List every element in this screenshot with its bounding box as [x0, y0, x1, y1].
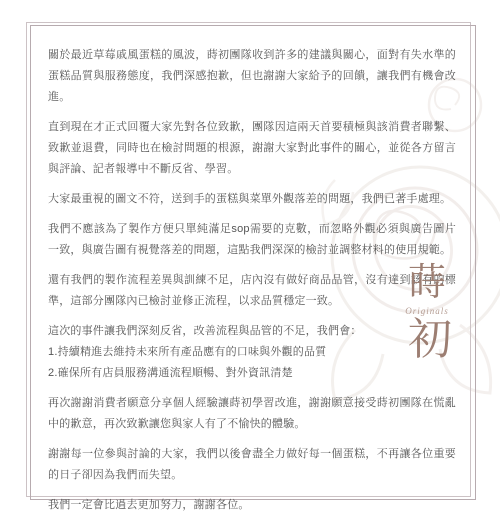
paragraph-closing: 我們一定會比過去更加努力，謝謝各位。 — [48, 495, 456, 516]
paragraph-sop-reflection: 我們不應該為了製作方便只單純滿足sop需要的克數，而忽略外觀必須與廣告圖片一致，… — [48, 219, 456, 261]
paragraph-thanks-consumer: 再次謝謝消費者願意分享個人經驗讓蒔初學習改進，謝謝願意接受蒔初團隊在慌亂中的歉意… — [48, 393, 456, 435]
brand-char-top: 蒔 — [383, 262, 471, 304]
paragraph-photo-mismatch: 大家最重視的圖文不符，送到手的蛋糕與菜單外觀落差的問題，我們已著手處理。 — [48, 189, 456, 210]
paragraph-opening-apology: 關於最近草莓戚風蛋糕的風波，蒔初團隊收到許多的建議與關心，面對有失水準的蛋糕品質… — [48, 45, 456, 108]
commitment-item-2: 2.確保所有店員服務溝通流程順暢、對外資訊清楚 — [48, 363, 456, 384]
apology-letter-card: 關於最近草莓戚風蛋糕的風波，蒔初團隊收到許多的建議與關心，面對有失水準的蛋糕品質… — [0, 0, 500, 523]
brand-seal: 蒔 Originals 初 — [383, 262, 471, 363]
paragraph-thanks-everyone: 謝謝每一位參與討論的大家，我們以後會盡全力做好每一個蛋糕，不再讓各位重要的日子卻… — [48, 444, 456, 486]
brand-char-bottom: 初 — [386, 317, 474, 363]
paragraph-response-actions: 直到現在才正式回覆大家先對各位致歉，團隊因這兩天首要積極與該消費者聯繫、致歉並退… — [48, 117, 456, 180]
